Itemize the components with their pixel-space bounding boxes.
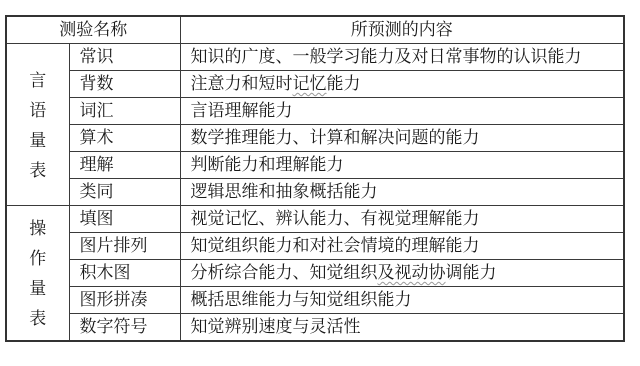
table-row: 背数 注意力和短时记忆能力 <box>6 71 624 98</box>
subtest-desc: 视觉记忆、辨认能力、有视觉理解能力 <box>180 206 624 233</box>
table-row: 操 作 量 表 填图 视觉记忆、辨认能力、有视觉理解能力 <box>6 206 624 233</box>
group-char: 言 <box>29 70 46 92</box>
table-row: 类同 逻辑思维和抽象概括能力 <box>6 179 624 206</box>
table-row: 词汇 言语理解能力 <box>6 98 624 125</box>
performance-scale-label: 操 作 量 表 <box>6 206 69 342</box>
group-char: 语 <box>29 100 46 122</box>
subtest-name: 词汇 <box>69 98 180 125</box>
subtest-desc: 逻辑思维和抽象概括能力 <box>180 179 624 206</box>
subtest-name: 算术 <box>69 125 180 152</box>
subtest-desc: 知识的广度、一般学习能力及对日常事物的认识能力 <box>180 44 624 71</box>
table-header-row: 测验名称 所预测的内容 <box>6 16 624 44</box>
subtest-name: 填图 <box>69 206 180 233</box>
subtest-name: 积木图 <box>69 260 180 287</box>
wechsler-subtest-table: 测验名称 所预测的内容 言 语 量 表 常识 知识的广度、一般学习能力及对日常事… <box>5 15 625 342</box>
subtest-name: 图形拼凑 <box>69 287 180 314</box>
spellcheck-underlined-text: 记忆 <box>293 74 327 94</box>
group-char: 量 <box>29 278 46 300</box>
table-row: 积木图 分析综合能力、知觉组织及视动协调能力 <box>6 260 624 287</box>
desc-text: 注意力和短时 <box>191 74 293 94</box>
subtest-desc: 判断能力和理解能力 <box>180 152 624 179</box>
subtest-name: 背数 <box>69 71 180 98</box>
group-char: 操 <box>29 218 46 240</box>
desc-text: 能力 <box>327 74 361 94</box>
subtest-desc: 知觉组织能力和对社会情境的理解能力 <box>180 233 624 260</box>
subtest-name: 图片排列 <box>69 233 180 260</box>
subtest-name: 理解 <box>69 152 180 179</box>
subtest-desc: 注意力和短时记忆能力 <box>180 71 624 98</box>
desc-text: 分析综合能力、知觉组织 <box>191 263 378 283</box>
table-row: 理解 判断能力和理解能力 <box>6 152 624 179</box>
group-char: 表 <box>29 308 46 330</box>
subtest-name: 类同 <box>69 179 180 206</box>
verbal-scale-label: 言 语 量 表 <box>6 44 69 206</box>
subtest-desc: 分析综合能力、知觉组织及视动协调能力 <box>180 260 624 287</box>
table-row: 图形拼凑 概括思维能力与知觉组织能力 <box>6 287 624 314</box>
subtest-desc: 概括思维能力与知觉组织能力 <box>180 287 624 314</box>
table-row: 数字符号 知觉辨别速度与灵活性 <box>6 314 624 342</box>
header-test-name: 测验名称 <box>6 16 180 44</box>
table-row: 言 语 量 表 常识 知识的广度、一般学习能力及对日常事物的认识能力 <box>6 44 624 71</box>
group-char: 表 <box>29 160 46 182</box>
subtest-desc: 数学推理能力、计算和解决问题的能力 <box>180 125 624 152</box>
table-row: 图片排列 知觉组织能力和对社会情境的理解能力 <box>6 233 624 260</box>
subtest-desc: 知觉辨别速度与灵活性 <box>180 314 624 342</box>
group-char: 作 <box>29 248 46 270</box>
subtest-desc: 言语理解能力 <box>180 98 624 125</box>
subtest-name: 数字符号 <box>69 314 180 342</box>
desc-text: 调能力 <box>446 263 497 283</box>
subtest-name: 常识 <box>69 44 180 71</box>
group-char: 量 <box>29 130 46 152</box>
header-content: 所预测的内容 <box>180 16 624 44</box>
spellcheck-underlined-text: 及视动协 <box>378 263 446 283</box>
table-row: 算术 数学推理能力、计算和解决问题的能力 <box>6 125 624 152</box>
